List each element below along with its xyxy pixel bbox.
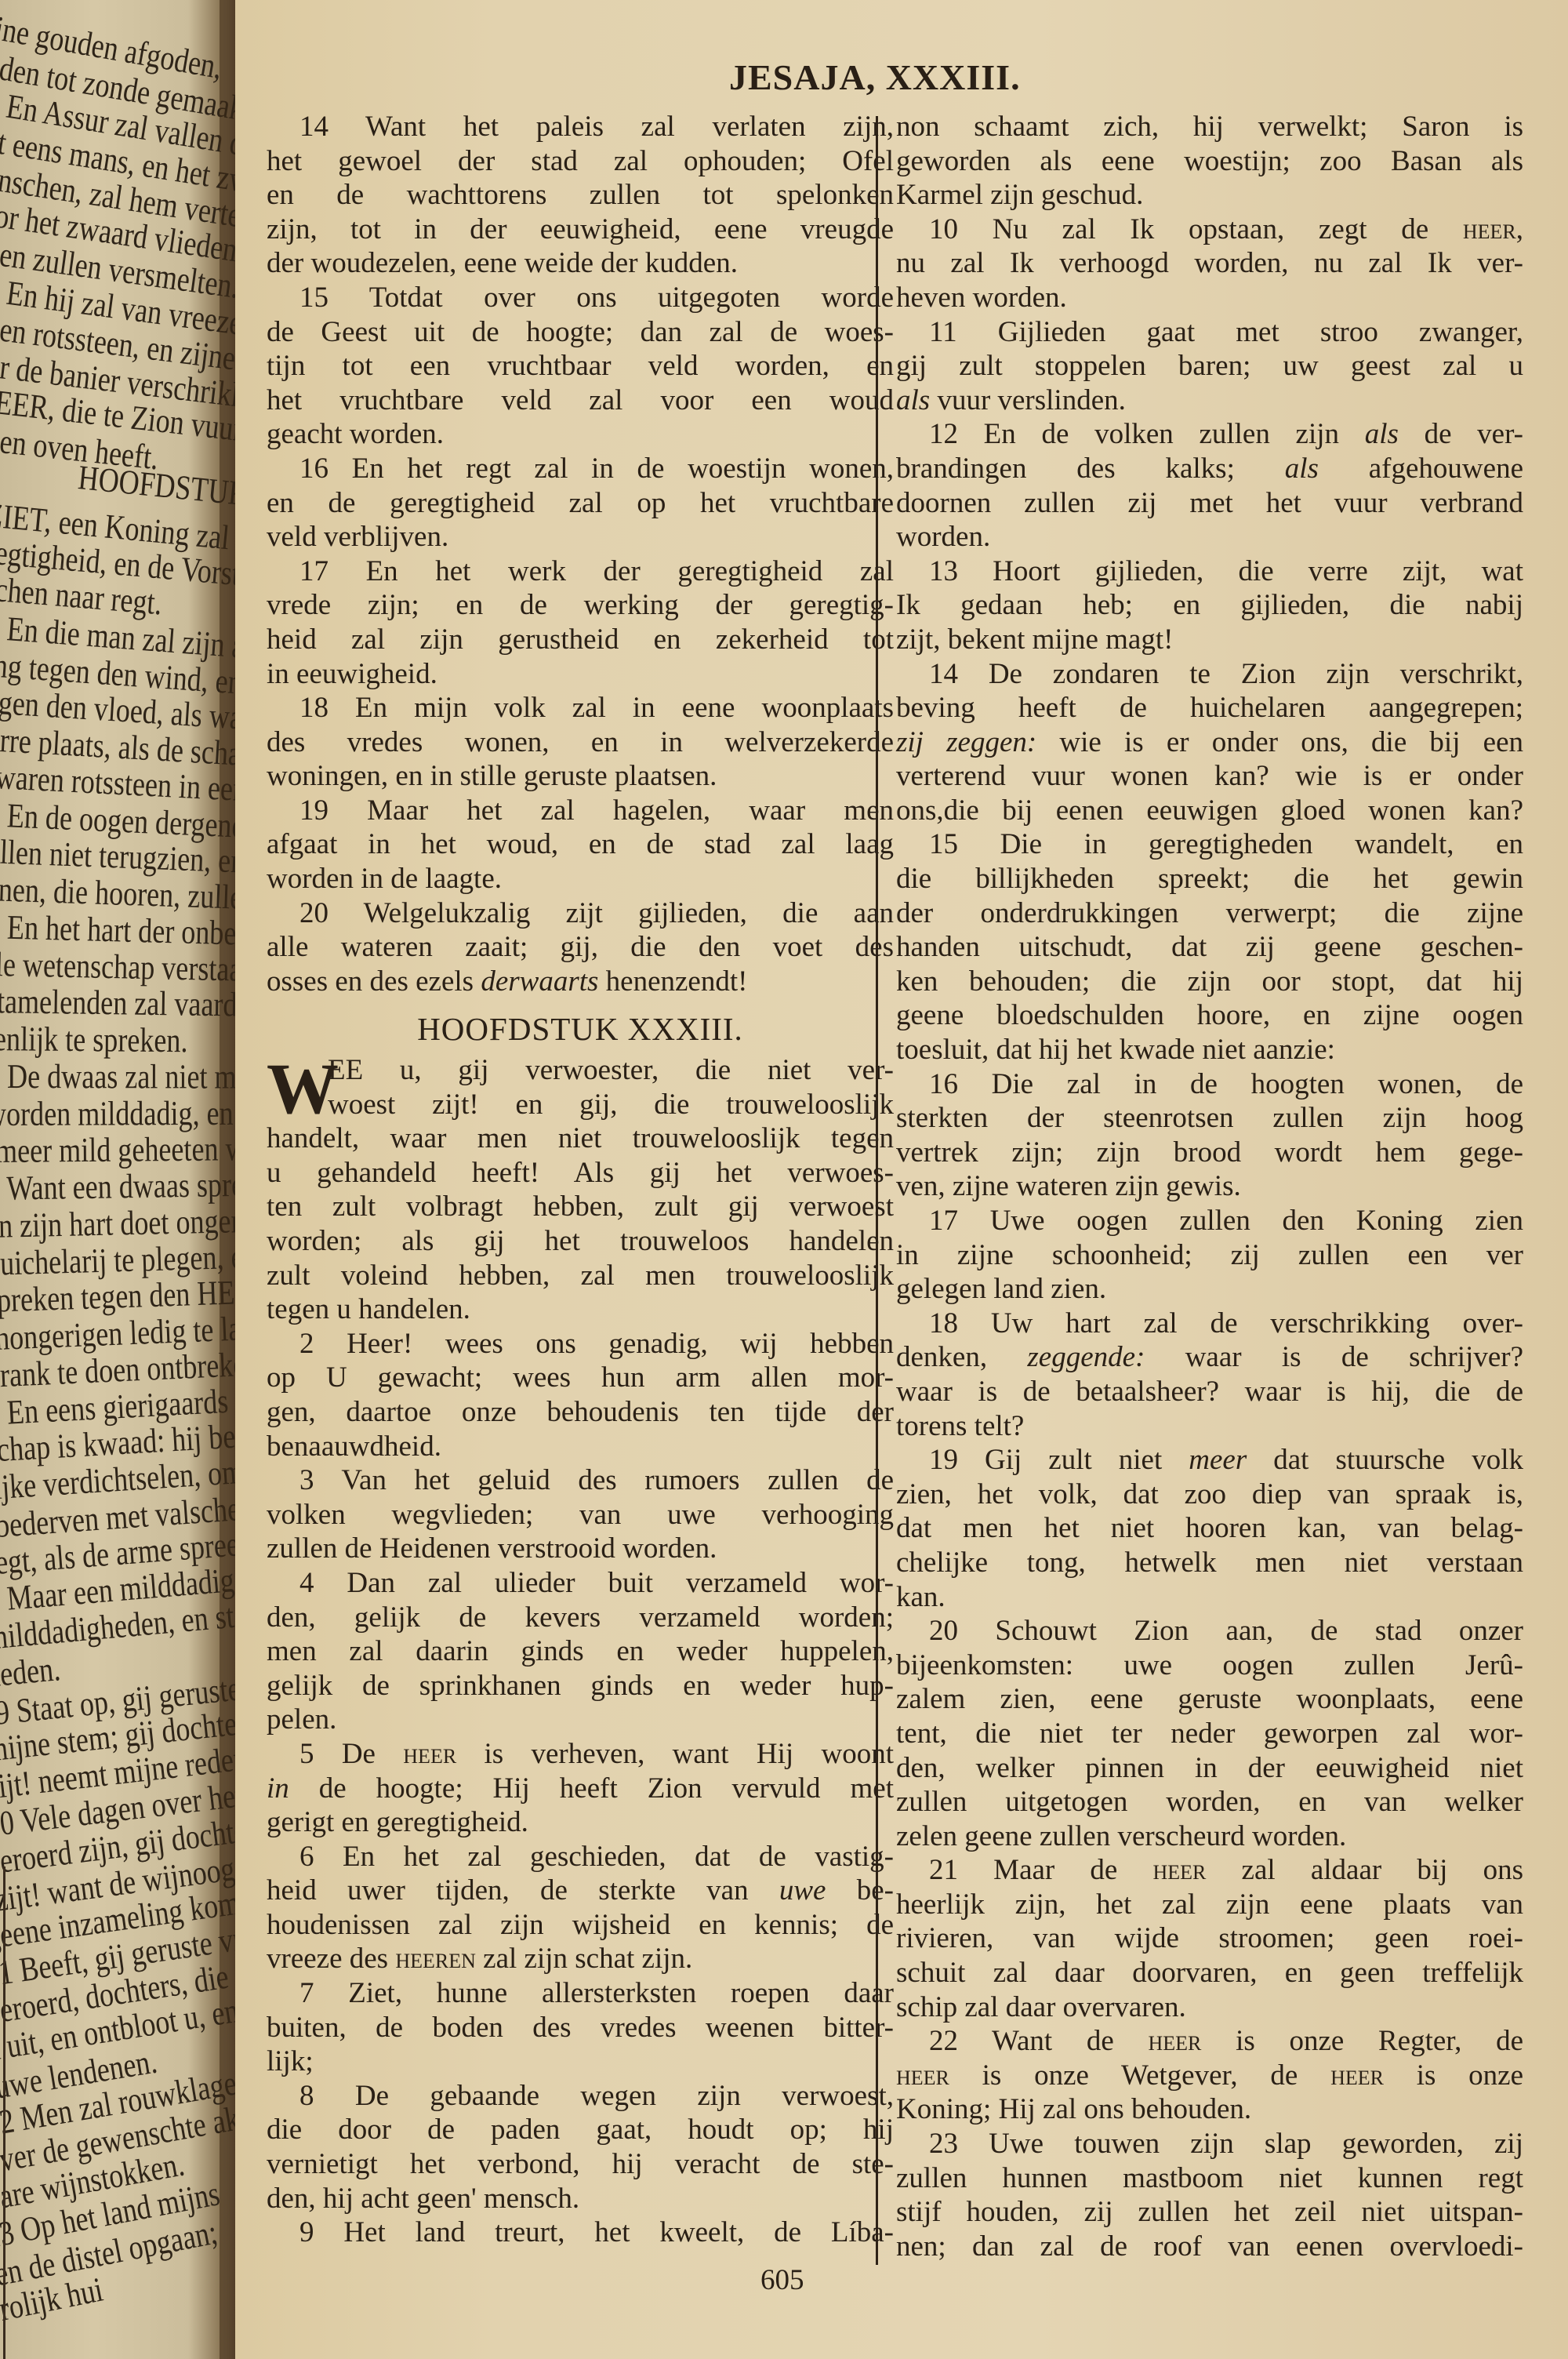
text-line: vrede zijn; en de werking der geregtig- [267, 588, 894, 623]
text-line: beving heeft de huichelaren aangegrepen; [896, 691, 1523, 725]
previous-page-edge: jne gouden afgoden,nden tot zonde gemaak… [0, 0, 235, 2359]
text-line: heid uwer tijden, de sterkte van uwe be- [267, 1874, 894, 1908]
text-line: 19 Maar het zal hagelen, waar men [267, 794, 894, 828]
text-line: zullen hunnen mastboom niet kunnen regt [896, 2161, 1523, 2196]
verse-33-19: 19 Gij zult niet meer dat stuursche volk… [896, 1443, 1523, 1614]
text-line: waar is de betaalsheer? waar is hij, die… [896, 1375, 1523, 1409]
text-line: in eeuwigheid. [267, 657, 894, 692]
italic-text: zij zeggen: [896, 726, 1036, 758]
text-run: de hoogte; Hij heeft Zion vervuld met [289, 1772, 894, 1805]
text-run: denken, [896, 1341, 1027, 1373]
text-line: non schaamt zich, hij verwelkt; Saron is [896, 110, 1523, 144]
verse-33-20: 20 Schouwt Zion aan, de stad onzer bijee… [896, 1614, 1523, 1853]
text-line: woningen, en in stille geruste plaatsen. [267, 759, 894, 794]
text-line: 12 En de volken zullen zijn als de ver- [896, 417, 1523, 452]
text-run: 10 Nu zal Ik opstaan, zegt de [929, 213, 1463, 245]
text-line: die door de paden gaat, houdt op; hij [267, 2113, 894, 2147]
verse-33-23: 23 Uwe touwen zijn slap geworden, zij zu… [896, 2127, 1523, 2263]
text-run: zal zijn schat zijn. [476, 1943, 692, 1975]
italic-text: als [1285, 453, 1319, 485]
text-line: vertrek zijn; zijn brood wordt hem gege- [896, 1136, 1523, 1170]
verse-32-19: 19 Maar het zal hagelen, waar men afgaat… [267, 794, 894, 896]
text-line: 13 Hoort gijlieden, die verre zijt, wat [896, 554, 1523, 589]
previous-page-text-line: lenlijk te spreken. [0, 1019, 188, 1060]
text-line: worden in de laagte. [267, 862, 894, 896]
verse-32-15: 15 Totdat over ons uitgegoten worde de G… [267, 281, 894, 452]
text-line: u gehandeld heeft! Als gij het verwoes- [267, 1156, 894, 1190]
text-run: , [1516, 213, 1523, 245]
text-run: vreeze des [267, 1943, 395, 1975]
text-run: de ver- [1399, 418, 1523, 450]
text-line: lijk; [267, 2045, 894, 2079]
small-caps-text: heer [1152, 1854, 1206, 1886]
verse-33-7: 7 Ziet, hunne allersterksten roepen daar… [267, 1976, 894, 2079]
text-line: brandingen des kalks; als afgehouwene [896, 452, 1523, 486]
text-line: Karmel zijn geschud. [896, 178, 1523, 213]
text-run: vuur verslinden. [930, 384, 1126, 416]
previous-page-text-line: worden milddadig, en de gie [0, 1092, 235, 1133]
small-caps-text: heer [1330, 2059, 1384, 2092]
text-line: heven worden. [896, 281, 1523, 315]
text-line: toesluit, dat hij het kwade niet aanzie: [896, 1033, 1523, 1067]
text-line: en de geregtigheid zal op het vruchtbare [267, 486, 894, 521]
text-line: zalem zien, eene geruste woonplaats, een… [896, 1682, 1523, 1717]
previous-page-column-rule [3, 1866, 5, 2359]
text-line: schuit zal daar doorvaren, en geen treff… [896, 1956, 1523, 1990]
text-run: 12 En de volken zullen zijn [929, 418, 1365, 450]
running-head: JESAJA, XXXIII. [729, 56, 1021, 98]
verse-33-15: 15 Die in geregtigheden wandelt, en die … [896, 827, 1523, 1067]
small-caps-text: heer [403, 1738, 456, 1770]
text-line: stijf houden, zij zullen het zeil niet u… [896, 2195, 1523, 2230]
text-line: 11 Gijlieden gaat met stroo zwanger, [896, 315, 1523, 350]
text-line: zult voleind hebben, zal men trouweloosl… [267, 1259, 894, 1293]
text-line: ons,die bij eenen eeuwigen gloed wonen k… [896, 794, 1523, 828]
text-line: 5 De heer is verheven, want Hij woont [267, 1737, 894, 1772]
text-line: tegen u handelen. [267, 1292, 894, 1327]
text-line: 16 En het regt zal in de woestijn wonen, [267, 452, 894, 486]
verse-33-9: 9 Het land treurt, het kweelt, de Líba- [267, 2215, 894, 2250]
text-line: Ik gedaan heb; en gijlieden, die nabij [896, 588, 1523, 623]
verse-32-16: 16 En het regt zal in de woestijn wonen,… [267, 452, 894, 554]
small-caps-text: heer [896, 2059, 949, 2092]
text-line: zijn, tot in der eeuwigheid, eene vreugd… [267, 213, 894, 247]
text-line: kan. [896, 1580, 1523, 1615]
text-line: den, gelijk de kevers verzameld worden; [267, 1601, 894, 1635]
text-line: 3 Van het geluid des rumoers zullen de [267, 1463, 894, 1498]
small-caps-text: heeren [395, 1943, 476, 1975]
text-line: op U gewacht; wees hun arm allen mor- [267, 1361, 894, 1395]
text-line: handelt, waar men niet trouwelooslijk te… [267, 1121, 894, 1156]
text-line: 19 Gij zult niet meer dat stuursche volk [896, 1443, 1523, 1478]
text-line: 9 Het land treurt, het kweelt, de Líba- [267, 2215, 894, 2250]
text-line: dat men het niet hooren kan, van belag- [896, 1511, 1523, 1546]
text-run: 19 Gij zult niet [929, 1444, 1189, 1476]
text-line: gelegen land zien. [896, 1272, 1523, 1307]
text-line: gen, daartoe onze behoudenis ten tijde d… [267, 1395, 894, 1430]
verse-33-1: W EE u, gij verwoester, die niet ver- wo… [267, 1053, 894, 1327]
verse-33-3: 3 Van het geluid des rumoers zullen de v… [267, 1463, 894, 1566]
text-line: ken behouden; die zijn oor stopt, dat hi… [896, 965, 1523, 999]
text-line: 23 Uwe touwen zijn slap geworden, zij [896, 2127, 1523, 2161]
text-line: zijt, bekent mijne magt! [896, 623, 1523, 657]
text-line: doornen zullen zij met het vuur verbrand [896, 486, 1523, 521]
text-line: geene bloedschulden hoore, en zijne ooge… [896, 998, 1523, 1033]
text-run: wie is er onder ons, die bij een [1036, 726, 1523, 758]
text-run: 5 De [299, 1738, 403, 1770]
verse-33-11: 11 Gijlieden gaat met stroo zwanger, gij… [896, 315, 1523, 418]
text-line: zullen de Heidenen verstrooid worden. [267, 1532, 894, 1566]
text-run: be- [826, 1874, 894, 1906]
text-line: woest zijt! en gij, die trouwelooslijk [267, 1088, 894, 1122]
italic-text: zeggende: [1027, 1341, 1145, 1373]
text-line: ten zult volbragt hebben, zult gij verwo… [267, 1190, 894, 1224]
text-line: in de hoogte; Hij heeft Zion vervuld met [267, 1772, 894, 1806]
text-line: gelijk de sprinkhanen ginds en weder hup… [267, 1669, 894, 1703]
verse-33-16: 16 Die zal in de hoogten wonen, de sterk… [896, 1067, 1523, 1204]
text-line: 8 De gebaande wegen zijn verwoest, [267, 2079, 894, 2114]
text-line: benaauwdheid. [267, 1430, 894, 1464]
text-line: alle wateren zaait; gij, die den voet de… [267, 930, 894, 965]
italic-text: uwe [779, 1874, 826, 1906]
verse-33-5: 5 De heer is verheven, want Hij woont in… [267, 1737, 894, 1840]
text-line: EE u, gij verwoester, die niet ver- [267, 1053, 894, 1088]
verse-32-14: 14 Want het paleis zal verlaten zijn, he… [267, 110, 894, 281]
text-line: gerigt en geregtigheid. [267, 1805, 894, 1840]
verse-33-18: 18 Uw hart zal de verschrikking over- de… [896, 1307, 1523, 1443]
verse-32-17: 17 En het werk der geregtigheid zal vred… [267, 554, 894, 691]
text-line: chelijke tong, hetwelk men niet verstaan [896, 1546, 1523, 1580]
text-run: osses en des ezels [267, 965, 481, 998]
text-line: pelen. [267, 1703, 894, 1737]
italic-text: als [1365, 418, 1399, 450]
text-line: der woudezelen, eene weide der kudden. [267, 246, 894, 281]
text-line: zelen geene zullen verscheurd worden. [896, 1819, 1523, 1854]
text-run: is onze [1384, 2059, 1523, 2092]
verse-33-12: 12 En de volken zullen zijn als de ver- … [896, 417, 1523, 554]
text-line: osses en des ezels derwaarts henenzendt! [267, 965, 894, 999]
text-line: heer is onze Wetgever, de heer is onze [896, 2059, 1523, 2093]
text-line: 17 En het werk der geregtigheid zal [267, 554, 894, 589]
text-run: is onze Regter, de [1201, 2025, 1523, 2057]
text-line: ven, zijne wateren zijn gewis. [896, 1169, 1523, 1204]
text-line: 20 Welgelukzalig zijt gijlieden, die aan [267, 896, 894, 931]
text-line: worden; als gij het trouweloos handelen [267, 1224, 894, 1259]
previous-page-text-line: 5 De dwaas zal niet me [0, 1056, 235, 1097]
text-line: nu zal Ik verhoogd worden, nu zal Ik ver… [896, 246, 1523, 281]
text-run: 22 Want de [929, 2025, 1149, 2057]
text-line: handen uitschudt, dat zij geene geschen- [896, 930, 1523, 965]
text-line: zij zeggen: wie is er onder ons, die bij… [896, 725, 1523, 760]
italic-text: als [896, 384, 930, 416]
text-line: 20 Schouwt Zion aan, de stad onzer [896, 1614, 1523, 1648]
text-line: sterkten der steenrotsen zullen zijn hoo… [896, 1101, 1523, 1136]
text-line: Koning; Hij zal ons behouden. [896, 2092, 1523, 2127]
text-line: verterend vuur wonen kan? wie is er onde… [896, 759, 1523, 794]
small-caps-text: heer [1149, 2025, 1202, 2057]
text-line: gij zult stoppelen baren; uw geest zal u [896, 349, 1523, 383]
text-line: vreeze des heeren zal zijn schat zijn. [267, 1942, 894, 1976]
right-column: non schaamt zich, hij verwelkt; Saron is… [896, 110, 1523, 2263]
chapter-heading: HOOFDSTUK XXXIII. [267, 1012, 894, 1047]
text-line: buiten, de boden des vredes weenen bitte… [267, 2011, 894, 2045]
text-line: houdenissen zal zijn wijsheid en kennis;… [267, 1908, 894, 1943]
text-line: torens telt? [896, 1409, 1523, 1444]
verse-33-4: 4 Dan zal ulieder buit verzameld wor- de… [267, 1566, 894, 1737]
text-line: 6 En het zal geschieden, dat de vastig- [267, 1840, 894, 1874]
text-run: is verheven, want Hij woont [456, 1738, 894, 1770]
text-line: den, hij acht geen' mensch. [267, 2182, 894, 2216]
text-run: dat stuursche volk [1247, 1444, 1523, 1476]
text-line: die billijkheden spreekt; die het gewin [896, 862, 1523, 896]
small-caps-text: heer [1463, 213, 1516, 245]
text-line: zullen uitgetogen worden, en van welker [896, 1785, 1523, 1819]
verse-33-9-continued: non schaamt zich, hij verwelkt; Saron is… [896, 110, 1523, 213]
text-run: waar is de schrijver? [1145, 1341, 1523, 1373]
text-line: 15 Totdat over ons uitgegoten worde [267, 281, 894, 315]
text-line: tijn tot een vruchtbaar veld worden, en [267, 349, 894, 383]
text-line: 14 Want het paleis zal verlaten zijn, [267, 110, 894, 144]
text-line: denken, zeggende: waar is de schrijver? [896, 1340, 1523, 1375]
text-run: afgehouwene [1319, 453, 1523, 485]
text-line: der onderdrukkingen verwerpt; die zijne [896, 896, 1523, 931]
text-line: als vuur verslinden. [896, 383, 1523, 418]
text-run: zal aldaar bij ons [1206, 1854, 1523, 1886]
text-line: vernietigt het verbond, hij veracht de s… [267, 2147, 894, 2182]
text-line: afgaat in het woud, en de stad zal laag [267, 827, 894, 862]
text-line: des vredes wonen, en in welverzekerde [267, 725, 894, 760]
text-line: rivieren, van wijde stroomen; geen roei- [896, 1921, 1523, 1956]
text-line: 16 Die zal in de hoogten wonen, de [896, 1067, 1523, 1102]
text-line: veld verblijven. [267, 520, 894, 554]
text-line: geworden als eene woestijn; zoo Basan al… [896, 144, 1523, 179]
italic-text: derwaarts [481, 965, 598, 998]
text-line: schip zal daar overvaren. [896, 1990, 1523, 2025]
text-line: 17 Uwe oogen zullen den Koning zien [896, 1204, 1523, 1238]
verse-33-22: 22 Want de heer is onze Regter, de heer … [896, 2024, 1523, 2127]
verse-33-21: 21 Maar de heer zal aldaar bij ons heerl… [896, 1853, 1523, 2024]
text-line: volken wegvlieden; van uwe verhooging [267, 1498, 894, 1532]
text-line: zien, het volk, dat zoo diep van spraak … [896, 1478, 1523, 1512]
text-line: 14 De zondaren te Zion zijn verschrikt, [896, 657, 1523, 692]
text-run: 21 Maar de [929, 1854, 1152, 1886]
text-line: het vruchtbare veld zal voor een woud [267, 383, 894, 418]
text-line: de Geest uit de hoogte; dan zal de woes- [267, 315, 894, 350]
text-run: heid uwer tijden, de sterkte van [267, 1874, 779, 1906]
page-number: 605 [760, 2263, 804, 2297]
left-column: 14 Want het paleis zal verlaten zijn, he… [267, 110, 894, 2250]
text-line: 22 Want de heer is onze Regter, de [896, 2024, 1523, 2059]
verse-33-14: 14 De zondaren te Zion zijn verschrikt, … [896, 657, 1523, 828]
text-line: men zal daarin ginds en weder huppelen, [267, 1634, 894, 1669]
verse-32-18: 18 En mijn volk zal in eene woonplaats d… [267, 691, 894, 794]
text-line: 10 Nu zal Ik opstaan, zegt de heer, [896, 213, 1523, 247]
text-line: en de wachttorens zullen tot spelonken [267, 178, 894, 213]
text-line: 21 Maar de heer zal aldaar bij ons [896, 1853, 1523, 1888]
text-line: 18 Uw hart zal de verschrikking over- [896, 1307, 1523, 1341]
verse-33-2: 2 Heer! wees ons genadig, wij hebben op … [267, 1327, 894, 1463]
text-line: 2 Heer! wees ons genadig, wij hebben [267, 1327, 894, 1361]
text-line: 7 Ziet, hunne allersterksten roepen daar [267, 1976, 894, 2011]
text-line: den, welker pinnen in der eeuwigheid nie… [896, 1751, 1523, 1786]
verse-33-13: 13 Hoort gijlieden, die verre zijt, wat … [896, 554, 1523, 657]
verse-33-17: 17 Uwe oogen zullen den Koning zien in z… [896, 1204, 1523, 1307]
text-line: 18 En mijn volk zal in eene woonplaats [267, 691, 894, 725]
text-line: heid zal zijn gerustheid en zekerheid to… [267, 623, 894, 657]
verse-33-10: 10 Nu zal Ik opstaan, zegt de heer, nu z… [896, 213, 1523, 315]
italic-text: in [267, 1772, 289, 1805]
text-line: 15 Die in geregtigheden wandelt, en [896, 827, 1523, 862]
text-run: brandingen des kalks; [896, 453, 1285, 485]
text-line: heerlijk zijn, het zal zijn eene plaats … [896, 1888, 1523, 1922]
verse-33-8: 8 De gebaande wegen zijn verwoest, die d… [267, 2079, 894, 2215]
text-line: het gewoel der stad zal ophouden; Ofel [267, 144, 894, 179]
text-line: geacht worden. [267, 417, 894, 452]
text-line: tent, die niet ter neder geworpen zal wo… [896, 1717, 1523, 1751]
text-run: is onze Wetgever, de [949, 2059, 1330, 2092]
text-run: henenzendt! [598, 965, 747, 998]
book-page: JESAJA, XXXIII. 14 Want het paleis zal v… [235, 0, 1568, 2359]
text-line: bijeenkomsten: uwe oogen zullen Jerû- [896, 1648, 1523, 1683]
italic-text: meer [1189, 1444, 1247, 1476]
text-line: 4 Dan zal ulieder buit verzameld wor- [267, 1566, 894, 1601]
text-line: worden. [896, 520, 1523, 554]
verse-32-20: 20 Welgelukzalig zijt gijlieden, die aan… [267, 896, 894, 999]
text-line: nen; dan zal de roof van eenen overvloed… [896, 2230, 1523, 2264]
text-line: in zijne schoonheid; zij zullen een ver [896, 1238, 1523, 1273]
verse-33-6: 6 En het zal geschieden, dat de vastig- … [267, 1840, 894, 1976]
drop-cap: W [267, 1055, 339, 1122]
